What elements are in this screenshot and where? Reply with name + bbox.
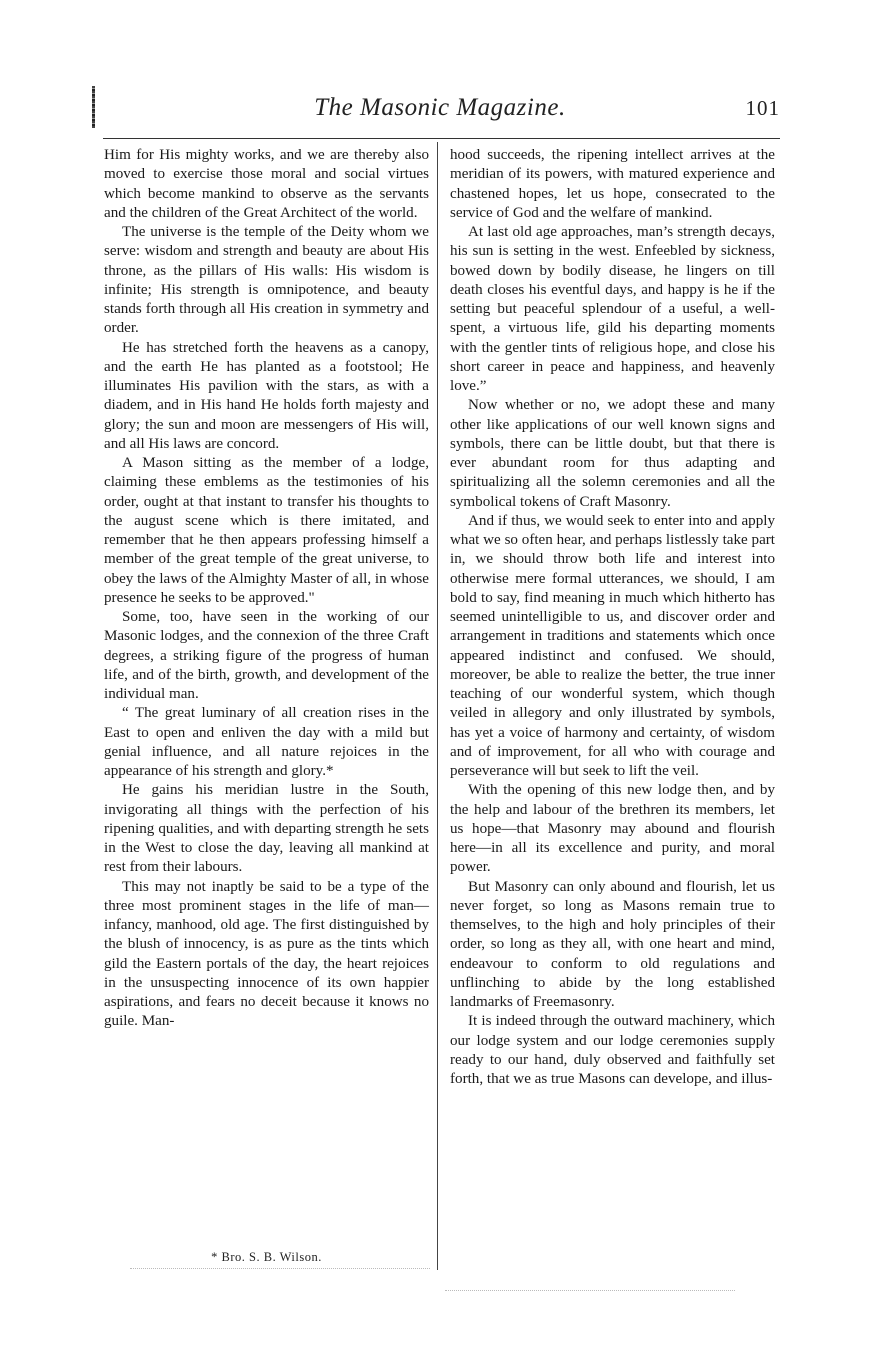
paragraph: But Masonry can only abound and flourish… bbox=[450, 878, 775, 1013]
page-number: 101 bbox=[746, 96, 781, 121]
paragraph: This may not inaptly be said to be a typ… bbox=[104, 878, 429, 1032]
right-column: hood succeeds, the ripening intellect ar… bbox=[450, 146, 775, 1089]
paragraph: “ The great luminary of all creation ris… bbox=[104, 704, 429, 781]
running-title: The Masonic Magazine. bbox=[100, 94, 780, 122]
header-rule bbox=[103, 138, 780, 139]
print-speckle bbox=[130, 1268, 430, 1271]
paragraph: Him for His mighty works, and we are the… bbox=[104, 146, 429, 223]
paragraph: hood succeeds, the ripening intellect ar… bbox=[450, 146, 775, 223]
paragraph: He has stretched forth the heavens as a … bbox=[104, 339, 429, 455]
paragraph: Some, too, have seen in the working of o… bbox=[104, 608, 429, 704]
paragraph: At last old age approaches, man’s streng… bbox=[450, 223, 775, 396]
magazine-page: The Masonic Magazine. 101 Him for His mi… bbox=[0, 0, 888, 1361]
paragraph: It is indeed through the outward machine… bbox=[450, 1012, 775, 1089]
paragraph: With the opening of this new lodge then,… bbox=[450, 781, 775, 877]
paragraph: And if thus, we would seek to enter into… bbox=[450, 512, 775, 782]
running-header: The Masonic Magazine. 101 bbox=[100, 94, 780, 124]
paragraph: The universe is the temple of the Deity … bbox=[104, 223, 429, 339]
paragraph: A Mason sitting as the member of a lodge… bbox=[104, 454, 429, 608]
column-divider bbox=[437, 142, 438, 1270]
left-column: Him for His mighty works, and we are the… bbox=[104, 146, 429, 1032]
print-speckle bbox=[445, 1290, 735, 1293]
paragraph: Now whether or no, we adopt these and ma… bbox=[450, 396, 775, 512]
binding-margin-mark bbox=[92, 86, 95, 128]
paragraph: He gains his meridian lustre in the Sout… bbox=[104, 781, 429, 877]
footnote: * Bro. S. B. Wilson. bbox=[104, 1250, 429, 1265]
